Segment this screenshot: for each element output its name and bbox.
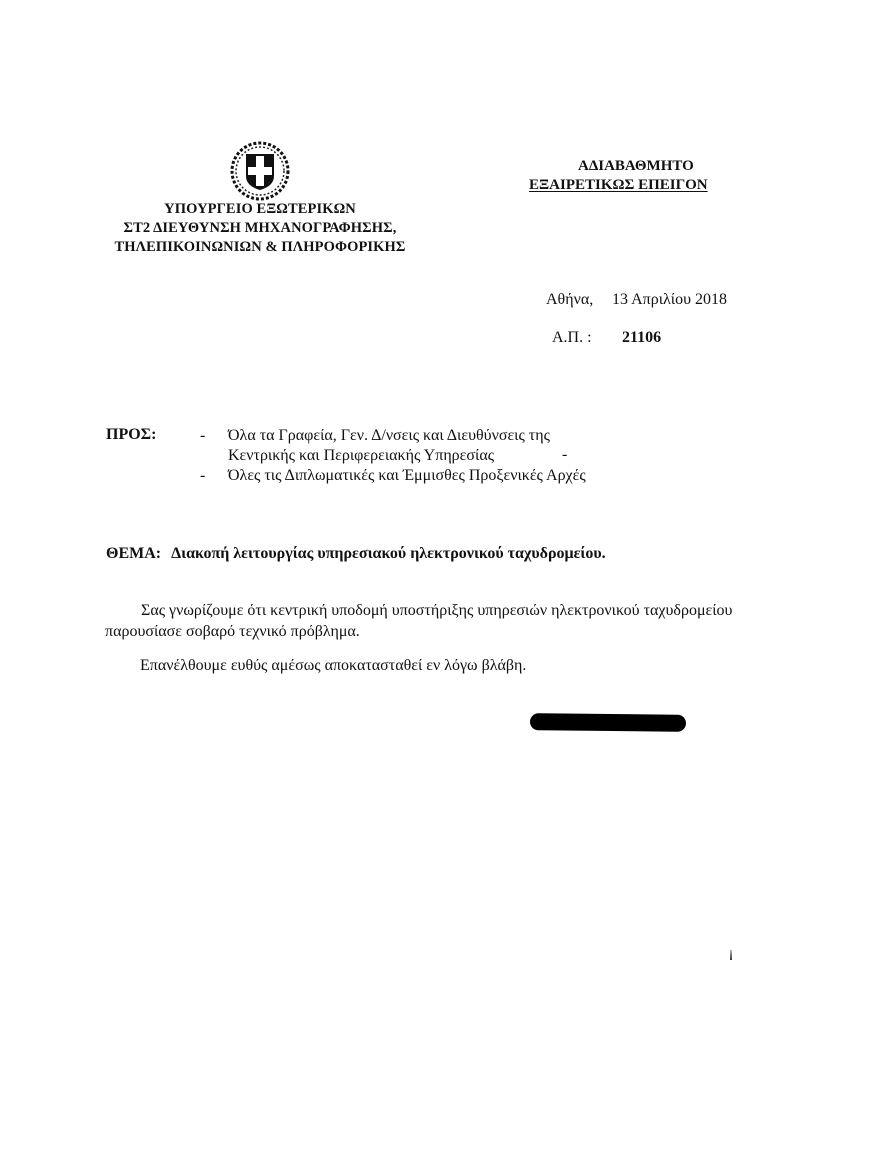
- subject-text: Διακοπή λειτουργίας υπηρεσιακού ηλεκτρον…: [171, 545, 606, 562]
- scan-artifact: [730, 950, 732, 960]
- directorate-name: ΣΤ2 ΔΙΕΥΘΥΝΣΗ ΜΗΧΑΝΟΓΡΑΦΗΣΗΣ,: [100, 219, 420, 238]
- ministry-name: ΥΠΟΥΡΓΕΙΟ ΕΞΩΤΕΡΙΚΩΝ: [100, 200, 420, 219]
- recipients-list: -Όλα τα Γραφεία, Γεν. Δ/νσεις και Διευθύ…: [200, 426, 586, 486]
- date-line: Αθήνα,13 Απριλίου 2018: [546, 291, 727, 309]
- recipient-item: -Όλα τα Γραφεία, Γεν. Δ/νσεις και Διευθύ…: [200, 426, 586, 466]
- body-paragraph: Σας γνωρίζουμε ότι κεντρική υποδομή υποσ…: [105, 600, 785, 642]
- protocol-label: Α.Π. :: [552, 329, 622, 347]
- recipient-item: -Όλες τις Διπλωματικές και Έμμισθες Προξ…: [200, 466, 586, 486]
- recipient-line: Κεντρικής και Περιφερειακής Υπηρεσίας: [200, 446, 586, 466]
- subject-line: ΘΕΜΑ:Διακοπή λειτουργίας υπηρεσιακού ηλε…: [106, 545, 606, 563]
- recipient-line: Όλα τα Γραφεία, Γεν. Δ/νσεις και Διευθύν…: [228, 427, 550, 444]
- subject-label: ΘΕΜΑ:: [106, 545, 161, 562]
- recipient-line: Όλες τις Διπλωματικές και Έμμισθες Προξε…: [228, 467, 586, 484]
- date: 13 Απριλίου 2018: [612, 291, 727, 308]
- recipients-label: ΠΡΟΣ:: [106, 426, 156, 444]
- ministry-header: ΥΠΟΥΡΓΕΙΟ ΕΞΩΤΕΡΙΚΩΝ ΣΤ2 ΔΙΕΥΘΥΝΣΗ ΜΗΧΑΝ…: [100, 200, 420, 257]
- directorate-name-cont: ΤΗΛΕΠΙΚΟΙΝΩΝΙΩΝ & ΠΛΗΡΟΦΟΡΙΚΗΣ: [100, 238, 420, 257]
- classification-block: ΑΔΙΑΒΑΘΜΗΤΟ ΕΞΑΙΡΕΤΙΚΩΣ ΕΠΕΙΓΟΝ: [520, 157, 720, 195]
- body-paragraph: Επανέλθουμε ευθύς αμέσως αποκατασταθεί ε…: [140, 657, 526, 675]
- classification-level: ΑΔΙΑΒΑΘΜΗΤΟ: [520, 157, 720, 176]
- priority-label: ΕΞΑΙΡΕΤΙΚΩΣ ΕΠΕΙΓΟΝ: [520, 176, 720, 195]
- redacted-signature: [530, 713, 686, 732]
- protocol-line: Α.Π. :21106: [552, 329, 661, 347]
- bullet-dash: -: [200, 426, 228, 446]
- place: Αθήνα,: [546, 291, 612, 309]
- body-line: Σας γνωρίζουμε ότι κεντρική υποδομή υποσ…: [105, 600, 785, 621]
- body-line: παρουσίασε σοβαρό τεχνικό πρόβλημα.: [105, 621, 785, 642]
- greek-coat-of-arms-icon: [229, 140, 291, 202]
- bullet-dash: -: [200, 466, 228, 486]
- stray-dash-mark: -: [562, 446, 567, 464]
- protocol-number: 21106: [622, 329, 661, 346]
